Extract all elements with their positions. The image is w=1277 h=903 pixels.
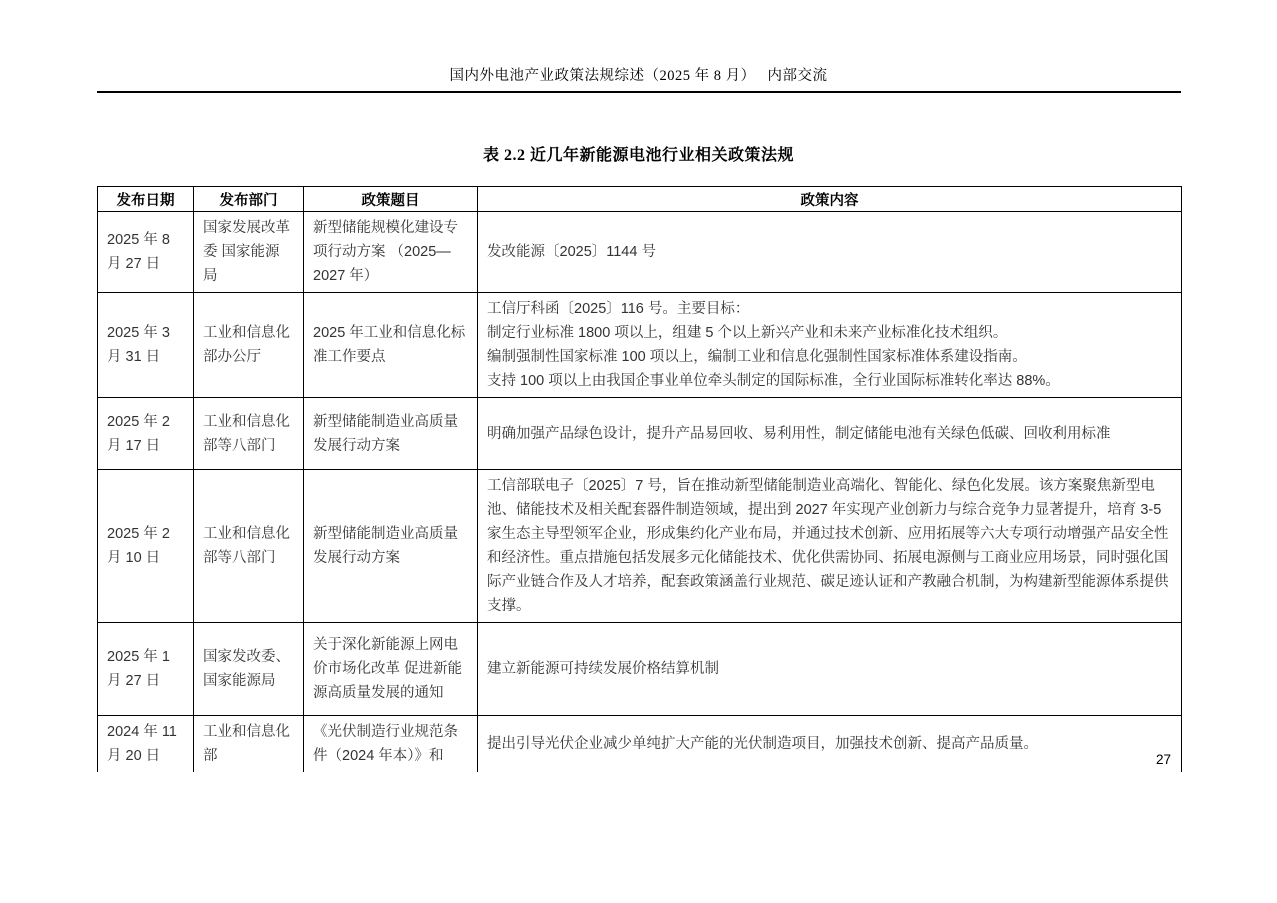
page-number: 27 <box>1156 752 1171 767</box>
cell-policy-title: 新型储能规模化建设专项行动方案 （2025—2027 年） <box>304 212 478 293</box>
table-row: 2025 年 8 月 27 日 国家发展改革委 国家能源局 新型储能规模化建设专… <box>98 212 1182 293</box>
cell-policy-content: 工信部联电子〔2025〕7 号，旨在推动新型储能制造业高端化、智能化、绿色化发展… <box>478 470 1182 623</box>
running-header: 国内外电池产业政策法规综述（2025 年 8 月） 内部交流 <box>0 0 1277 85</box>
cell-publish-date: 2025 年 2 月 10 日 <box>98 470 194 623</box>
cell-policy-content: 建立新能源可持续发展价格结算机制 <box>478 623 1182 716</box>
col-header-publish-department: 发布部门 <box>194 187 304 212</box>
table-row: 2025 年 1 月 27 日 国家发改委、国家能源局 关于深化新能源上网电价市… <box>98 623 1182 716</box>
cell-publish-date: 2025 年 2 月 17 日 <box>98 398 194 470</box>
cell-policy-title: 新型储能制造业高质量发展行动方案 <box>304 398 478 470</box>
cell-policy-title: 新型储能制造业高质量发展行动方案 <box>304 470 478 623</box>
table-row: 2024 年 11 月 20 日 工业和信息化部 《光伏制造行业规范条件（202… <box>98 716 1182 773</box>
table-title: 表 2.2 近几年新能源电池行业相关政策法规 <box>0 142 1277 165</box>
cell-policy-title: 关于深化新能源上网电价市场化改革 促进新能源高质量发展的通知 <box>304 623 478 716</box>
cell-publish-date: 2024 年 11 月 20 日 <box>98 716 194 773</box>
cell-policy-title: 2025 年工业和信息化标准工作要点 <box>304 293 478 398</box>
cell-publish-department: 国家发改委、国家能源局 <box>194 623 304 716</box>
table-row: 2025 年 3 月 31 日 工业和信息化部办公厅 2025 年工业和信息化标… <box>98 293 1182 398</box>
col-header-policy-title: 政策题目 <box>304 187 478 212</box>
cell-publish-date: 2025 年 8 月 27 日 <box>98 212 194 293</box>
cell-publish-date: 2025 年 3 月 31 日 <box>98 293 194 398</box>
table-row: 2025 年 2 月 10 日 工业和信息化部等八部门 新型储能制造业高质量发展… <box>98 470 1182 623</box>
header-divider <box>97 91 1181 93</box>
cell-publish-department: 工业和信息化部 <box>194 716 304 773</box>
cell-publish-department: 国家发展改革委 国家能源局 <box>194 212 304 293</box>
table-header-row: 发布日期 发布部门 政策题目 政策内容 <box>98 187 1182 212</box>
table-row: 2025 年 2 月 17 日 工业和信息化部等八部门 新型储能制造业高质量发展… <box>98 398 1182 470</box>
cell-policy-content: 发改能源〔2025〕1144 号 <box>478 212 1182 293</box>
col-header-policy-content: 政策内容 <box>478 187 1182 212</box>
cell-publish-department: 工业和信息化部等八部门 <box>194 470 304 623</box>
cell-policy-title: 《光伏制造行业规范条件（2024 年本）》和 <box>304 716 478 773</box>
col-header-publish-date: 发布日期 <box>98 187 194 212</box>
cell-publish-date: 2025 年 1 月 27 日 <box>98 623 194 716</box>
cell-publish-department: 工业和信息化部办公厅 <box>194 293 304 398</box>
document-page: 国内外电池产业政策法规综述（2025 年 8 月） 内部交流 表 2.2 近几年… <box>0 0 1277 903</box>
policy-table: 发布日期 发布部门 政策题目 政策内容 2025 年 8 月 27 日 国家发展… <box>97 186 1182 772</box>
cell-policy-content: 提出引导光伏企业减少单纯扩大产能的光伏制造项目，加强技术创新、提高产品质量。 <box>478 716 1182 773</box>
cell-policy-content: 明确加强产品绿色设计，提升产品易回收、易利用性，制定储能电池有关绿色低碳、回收利… <box>478 398 1182 470</box>
cell-policy-content: 工信厅科函〔2025〕116 号。主要目标： 制定行业标准 1800 项以上，组… <box>478 293 1182 398</box>
cell-publish-department: 工业和信息化部等八部门 <box>194 398 304 470</box>
